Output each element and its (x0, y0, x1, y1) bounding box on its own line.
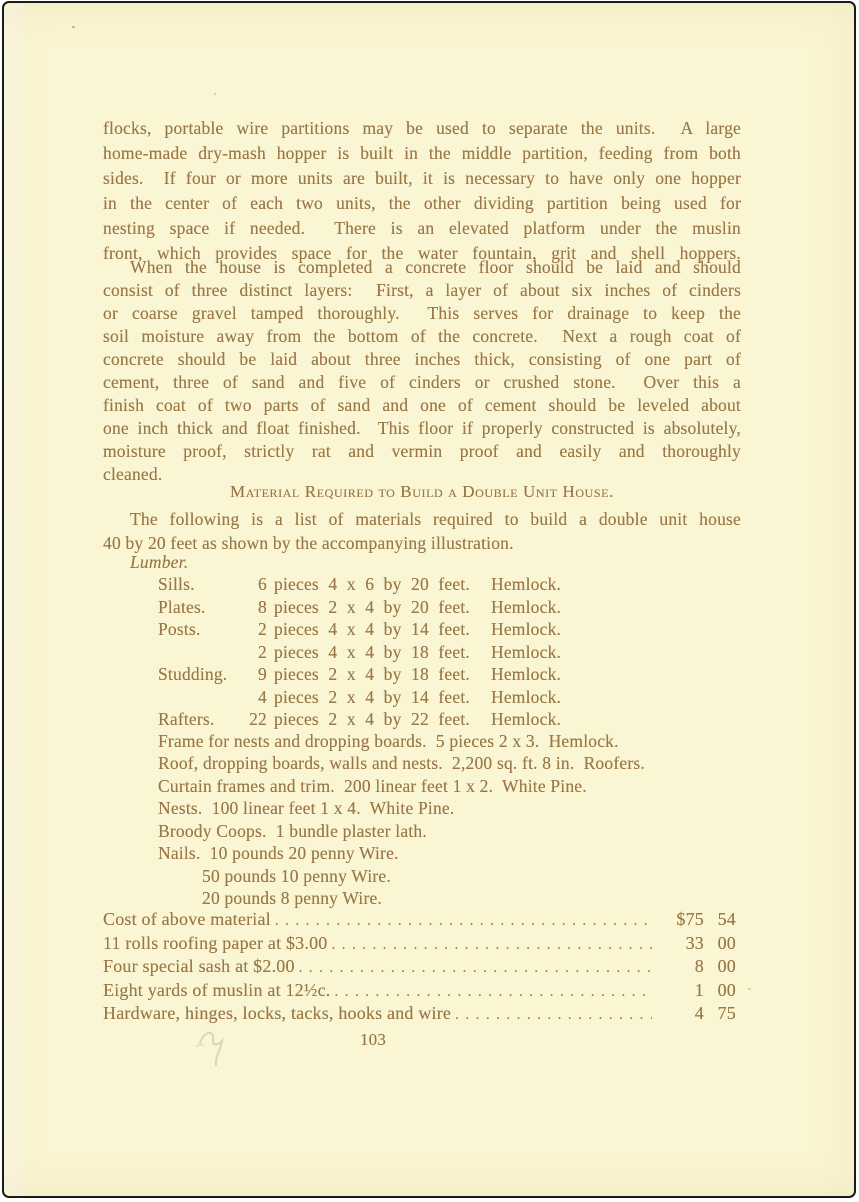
cost-row: Eight yards of muslin at 12½c...........… (103, 980, 741, 1004)
lumber-item-label: Plates. (158, 596, 247, 619)
cost-item-label: Four special sash at $2.00 (103, 956, 295, 977)
lumber-row: Rafters.22pieces 2 x 4 by 22 feet.Hemloc… (158, 708, 741, 731)
lumber-wood-type: Hemlock. (491, 663, 561, 686)
nails-continued-list: 50 pounds 10 penny Wire.20 pounds 8 penn… (202, 865, 602, 910)
lumber-description: pieces 2 x 4 by 18 feet. (274, 663, 470, 686)
material-line: Nests. 100 linear feet 1 x 4. White Pine… (158, 797, 741, 819)
paragraph-materials-intro: The following is a list of materials req… (103, 507, 741, 555)
nails-line: 50 pounds 10 penny Wire. (202, 865, 602, 887)
book-page: flocks, portable wire partitions may be … (2, 1, 856, 1198)
paragraph-line: The following is a list of materials req… (103, 507, 741, 531)
lumber-description: pieces 4 x 6 by 20 feet. (274, 573, 470, 596)
paragraph-line: home-made dry-mash hopper is built in th… (103, 141, 741, 166)
cost-item-label: 11 rolls roofing paper at $3.00 (103, 933, 328, 954)
lumber-quantity: 2 (247, 641, 267, 664)
paragraph-line: or coarse gravel tamped thoroughly. This… (103, 302, 741, 325)
cost-item-label: Eight yards of muslin at 12½c. (103, 980, 330, 1001)
lumber-quantity: 8 (247, 596, 267, 619)
cost-cents: 75 (706, 1003, 736, 1024)
lumber-quantity: 4 (247, 686, 267, 709)
lumber-quantity: 2 (247, 618, 267, 641)
material-line: Frame for nests and dropping boards. 5 p… (158, 730, 741, 752)
misc-materials-list: Frame for nests and dropping boards. 5 p… (158, 730, 741, 864)
lumber-description: pieces 2 x 4 by 20 feet. (274, 596, 470, 619)
cost-table: Cost of above material..................… (103, 909, 741, 1027)
lumber-description: pieces 2 x 4 by 14 feet. (274, 686, 470, 709)
material-line: Nails. 10 pounds 20 penny Wire. (158, 842, 741, 864)
cost-row: Cost of above material..................… (103, 909, 741, 933)
lumber-item-label (158, 641, 247, 664)
lumber-item-label (158, 686, 247, 709)
dot-leader: ........................................… (332, 937, 653, 954)
cost-row: Four special sash at $2.00..............… (103, 956, 741, 980)
cost-cents: 00 (706, 956, 736, 977)
paragraph-line: When the house is completed a concrete f… (103, 256, 741, 279)
lumber-quantity: 22 (247, 708, 267, 731)
lumber-row: Studding.9pieces 2 x 4 by 18 feet.Hemloc… (158, 663, 741, 686)
lumber-description: pieces 4 x 4 by 18 feet. (274, 641, 470, 664)
lumber-quantity: 6 (247, 573, 267, 596)
cost-dollars: 8 (656, 956, 704, 977)
lumber-row: 4pieces 2 x 4 by 14 feet.Hemlock. (158, 686, 741, 709)
material-line: Roof, dropping boards, walls and nests. … (158, 752, 741, 774)
paragraph-line: nesting space if needed. There is an ele… (103, 216, 741, 241)
cost-dollars: $75 (656, 909, 704, 930)
lumber-row: Posts.2pieces 4 x 4 by 14 feet.Hemlock. (158, 618, 741, 641)
lumber-row: 2pieces 4 x 4 by 18 feet.Hemlock. (158, 641, 741, 664)
cost-cents: 00 (706, 980, 736, 1001)
paragraph-units: flocks, portable wire partitions may be … (103, 116, 741, 266)
cost-cents: 00 (706, 933, 736, 954)
paragraph-line: flocks, portable wire partitions may be … (103, 116, 741, 141)
paragraph-line: in the center of each two units, the oth… (103, 191, 741, 216)
cost-cents: 54 (706, 909, 736, 930)
cost-item-label: Cost of above material (103, 909, 271, 930)
scanned-book-page: { "colors": { "paper": "#faf5d2", "ink":… (0, 0, 859, 1202)
nails-line: 20 pounds 8 penny Wire. (202, 887, 602, 909)
cost-dollars: 4 (656, 1003, 704, 1024)
cost-dollars: 33 (656, 933, 704, 954)
paragraph-line: finish coat of two parts of sand and one… (103, 394, 741, 417)
material-line: Broody Coops. 1 bundle plaster lath. (158, 820, 741, 842)
paragraph-line: moisture proof, strictly rat and vermin … (103, 440, 741, 463)
lumber-wood-type: Hemlock. (491, 641, 561, 664)
page-number: 103 (351, 1030, 395, 1050)
lumber-description: pieces 4 x 4 by 14 feet. (274, 618, 470, 641)
paper-speck (214, 93, 216, 95)
paragraph-line: consist of three distinct layers: First,… (103, 279, 741, 302)
section-heading: Material Required to Build a Double Unit… (103, 482, 741, 502)
paragraph-line: sides. If four or more units are built, … (103, 166, 741, 191)
paper-speck (748, 988, 751, 990)
lumber-item-label: Sills. (158, 573, 247, 596)
lumber-wood-type: Hemlock. (491, 708, 561, 731)
cost-item-label: Hardware, hinges, locks, tacks, hooks an… (103, 1003, 451, 1024)
lumber-quantity: 9 (247, 663, 267, 686)
lumber-table: Sills.6pieces 4 x 6 by 20 feet.Hemlock.P… (158, 573, 741, 731)
cost-dollars: 1 (656, 980, 704, 1001)
lumber-wood-type: Hemlock. (491, 686, 561, 709)
lumber-wood-type: Hemlock. (491, 573, 561, 596)
paragraph-line: one inch thick and float finished. This … (103, 417, 741, 440)
lumber-description: pieces 2 x 4 by 22 feet. (274, 708, 470, 731)
paragraph-line: soil moisture away from the bottom of th… (103, 325, 741, 348)
dot-leader: ........................................… (275, 913, 652, 930)
material-line: Curtain frames and trim. 200 linear feet… (158, 775, 741, 797)
dot-leader: ........................................… (455, 1007, 652, 1024)
dot-leader: ........................................… (299, 960, 652, 977)
cost-row: 11 rolls roofing paper at $3.00.........… (103, 933, 741, 957)
paper-speck (72, 26, 75, 28)
lumber-label: Lumber. (130, 552, 330, 573)
lumber-row: Sills.6pieces 4 x 6 by 20 feet.Hemlock. (158, 573, 741, 596)
paragraph-line: concrete should be laid about three inch… (103, 348, 741, 371)
lumber-item-label: Rafters. (158, 708, 247, 731)
lumber-item-label: Studding. (158, 663, 247, 686)
paragraph-line: cement, three of sand and five of cinder… (103, 371, 741, 394)
lumber-wood-type: Hemlock. (491, 596, 561, 619)
lumber-item-label: Posts. (158, 618, 247, 641)
lumber-row: Plates.8pieces 2 x 4 by 20 feet.Hemlock. (158, 596, 741, 619)
pencil-smudge (182, 1017, 262, 1081)
dot-leader: ........................................… (334, 984, 652, 1001)
lumber-wood-type: Hemlock. (491, 618, 561, 641)
paragraph-concrete-floor: When the house is completed a concrete f… (103, 256, 741, 486)
